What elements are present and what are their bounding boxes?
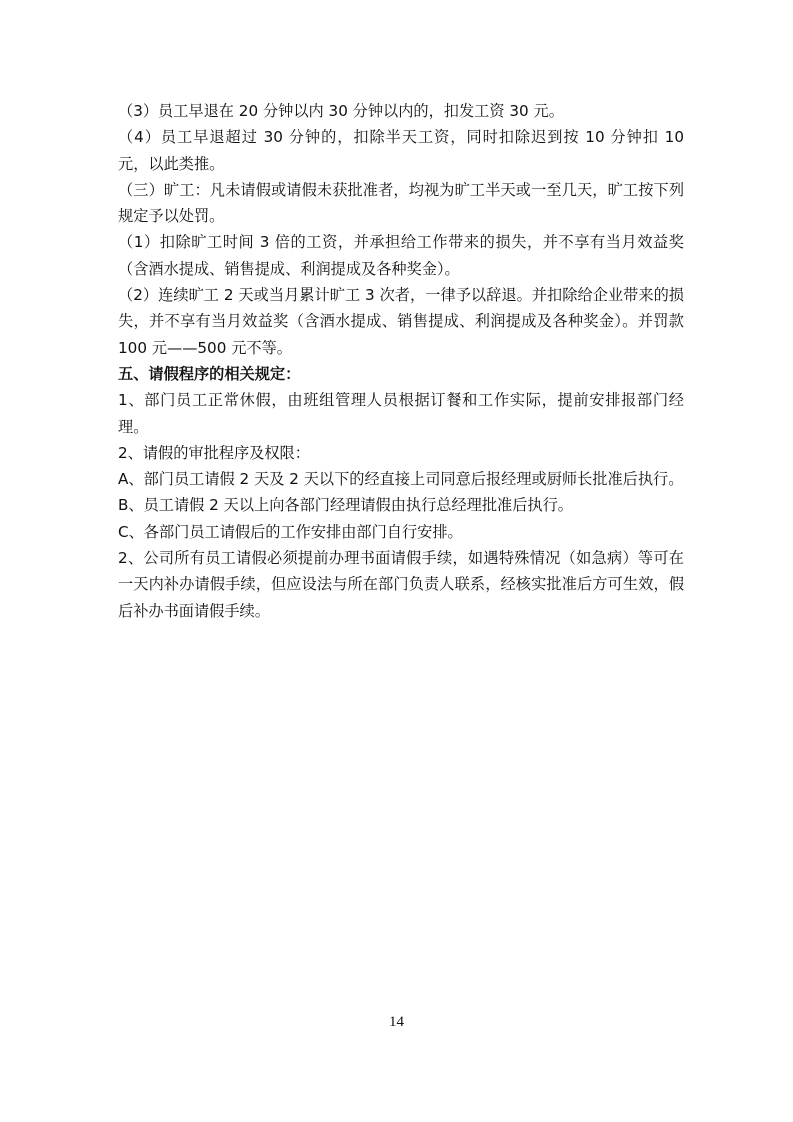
section-heading-leave-procedure: 五、请假程序的相关规定： bbox=[118, 361, 684, 387]
paragraph-leave-2: 2、请假的审批程序及权限： bbox=[118, 440, 684, 466]
paragraph-leave-c: C、各部门员工请假后的工作安排由部门自行安排。 bbox=[118, 519, 684, 545]
paragraph-leave-b: B、员工请假 2 天以上向各部门经理请假由执行总经理批准后执行。 bbox=[118, 492, 684, 518]
paragraph-absenteeism-1: （1）扣除旷工时间 3 倍的工资，并承担给工作带来的损失，并不享有当月效益奖（含… bbox=[118, 229, 684, 282]
page-number: 14 bbox=[0, 1014, 793, 1031]
paragraph-early-leave-3: （3）员工早退在 20 分钟以内 30 分钟以内的，扣发工资 30 元。 bbox=[118, 98, 684, 124]
paragraph-leave-a: A、部门员工请假 2 天及 2 天以下的经直接上司同意后报经理或厨师长批准后执行… bbox=[118, 466, 684, 492]
document-page: （3）员工早退在 20 分钟以内 30 分钟以内的，扣发工资 30 元。 （4）… bbox=[0, 0, 793, 1122]
paragraph-early-leave-4: （4）员工早退超过 30 分钟的，扣除半天工资，同时扣除迟到按 10 分钟扣 1… bbox=[118, 124, 684, 177]
paragraph-leave-1: 1、部门员工正常休假，由班组管理人员根据订餐和工作实际，提前安排报部门经理。 bbox=[118, 387, 684, 440]
paragraph-absenteeism: （三）旷工：凡未请假或请假未获批准者，均视为旷工半天或一至几天，旷工按下列规定予… bbox=[118, 177, 684, 230]
document-body: （3）员工早退在 20 分钟以内 30 分钟以内的，扣发工资 30 元。 （4）… bbox=[118, 98, 684, 624]
paragraph-absenteeism-2: （2）连续旷工 2 天或当月累计旷工 3 次者，一律予以辞退。并扣除给企业带来的… bbox=[118, 282, 684, 361]
paragraph-leave-written: 2、公司所有员工请假必须提前办理书面请假手续，如遇特殊情况（如急病）等可在一天内… bbox=[118, 545, 684, 624]
